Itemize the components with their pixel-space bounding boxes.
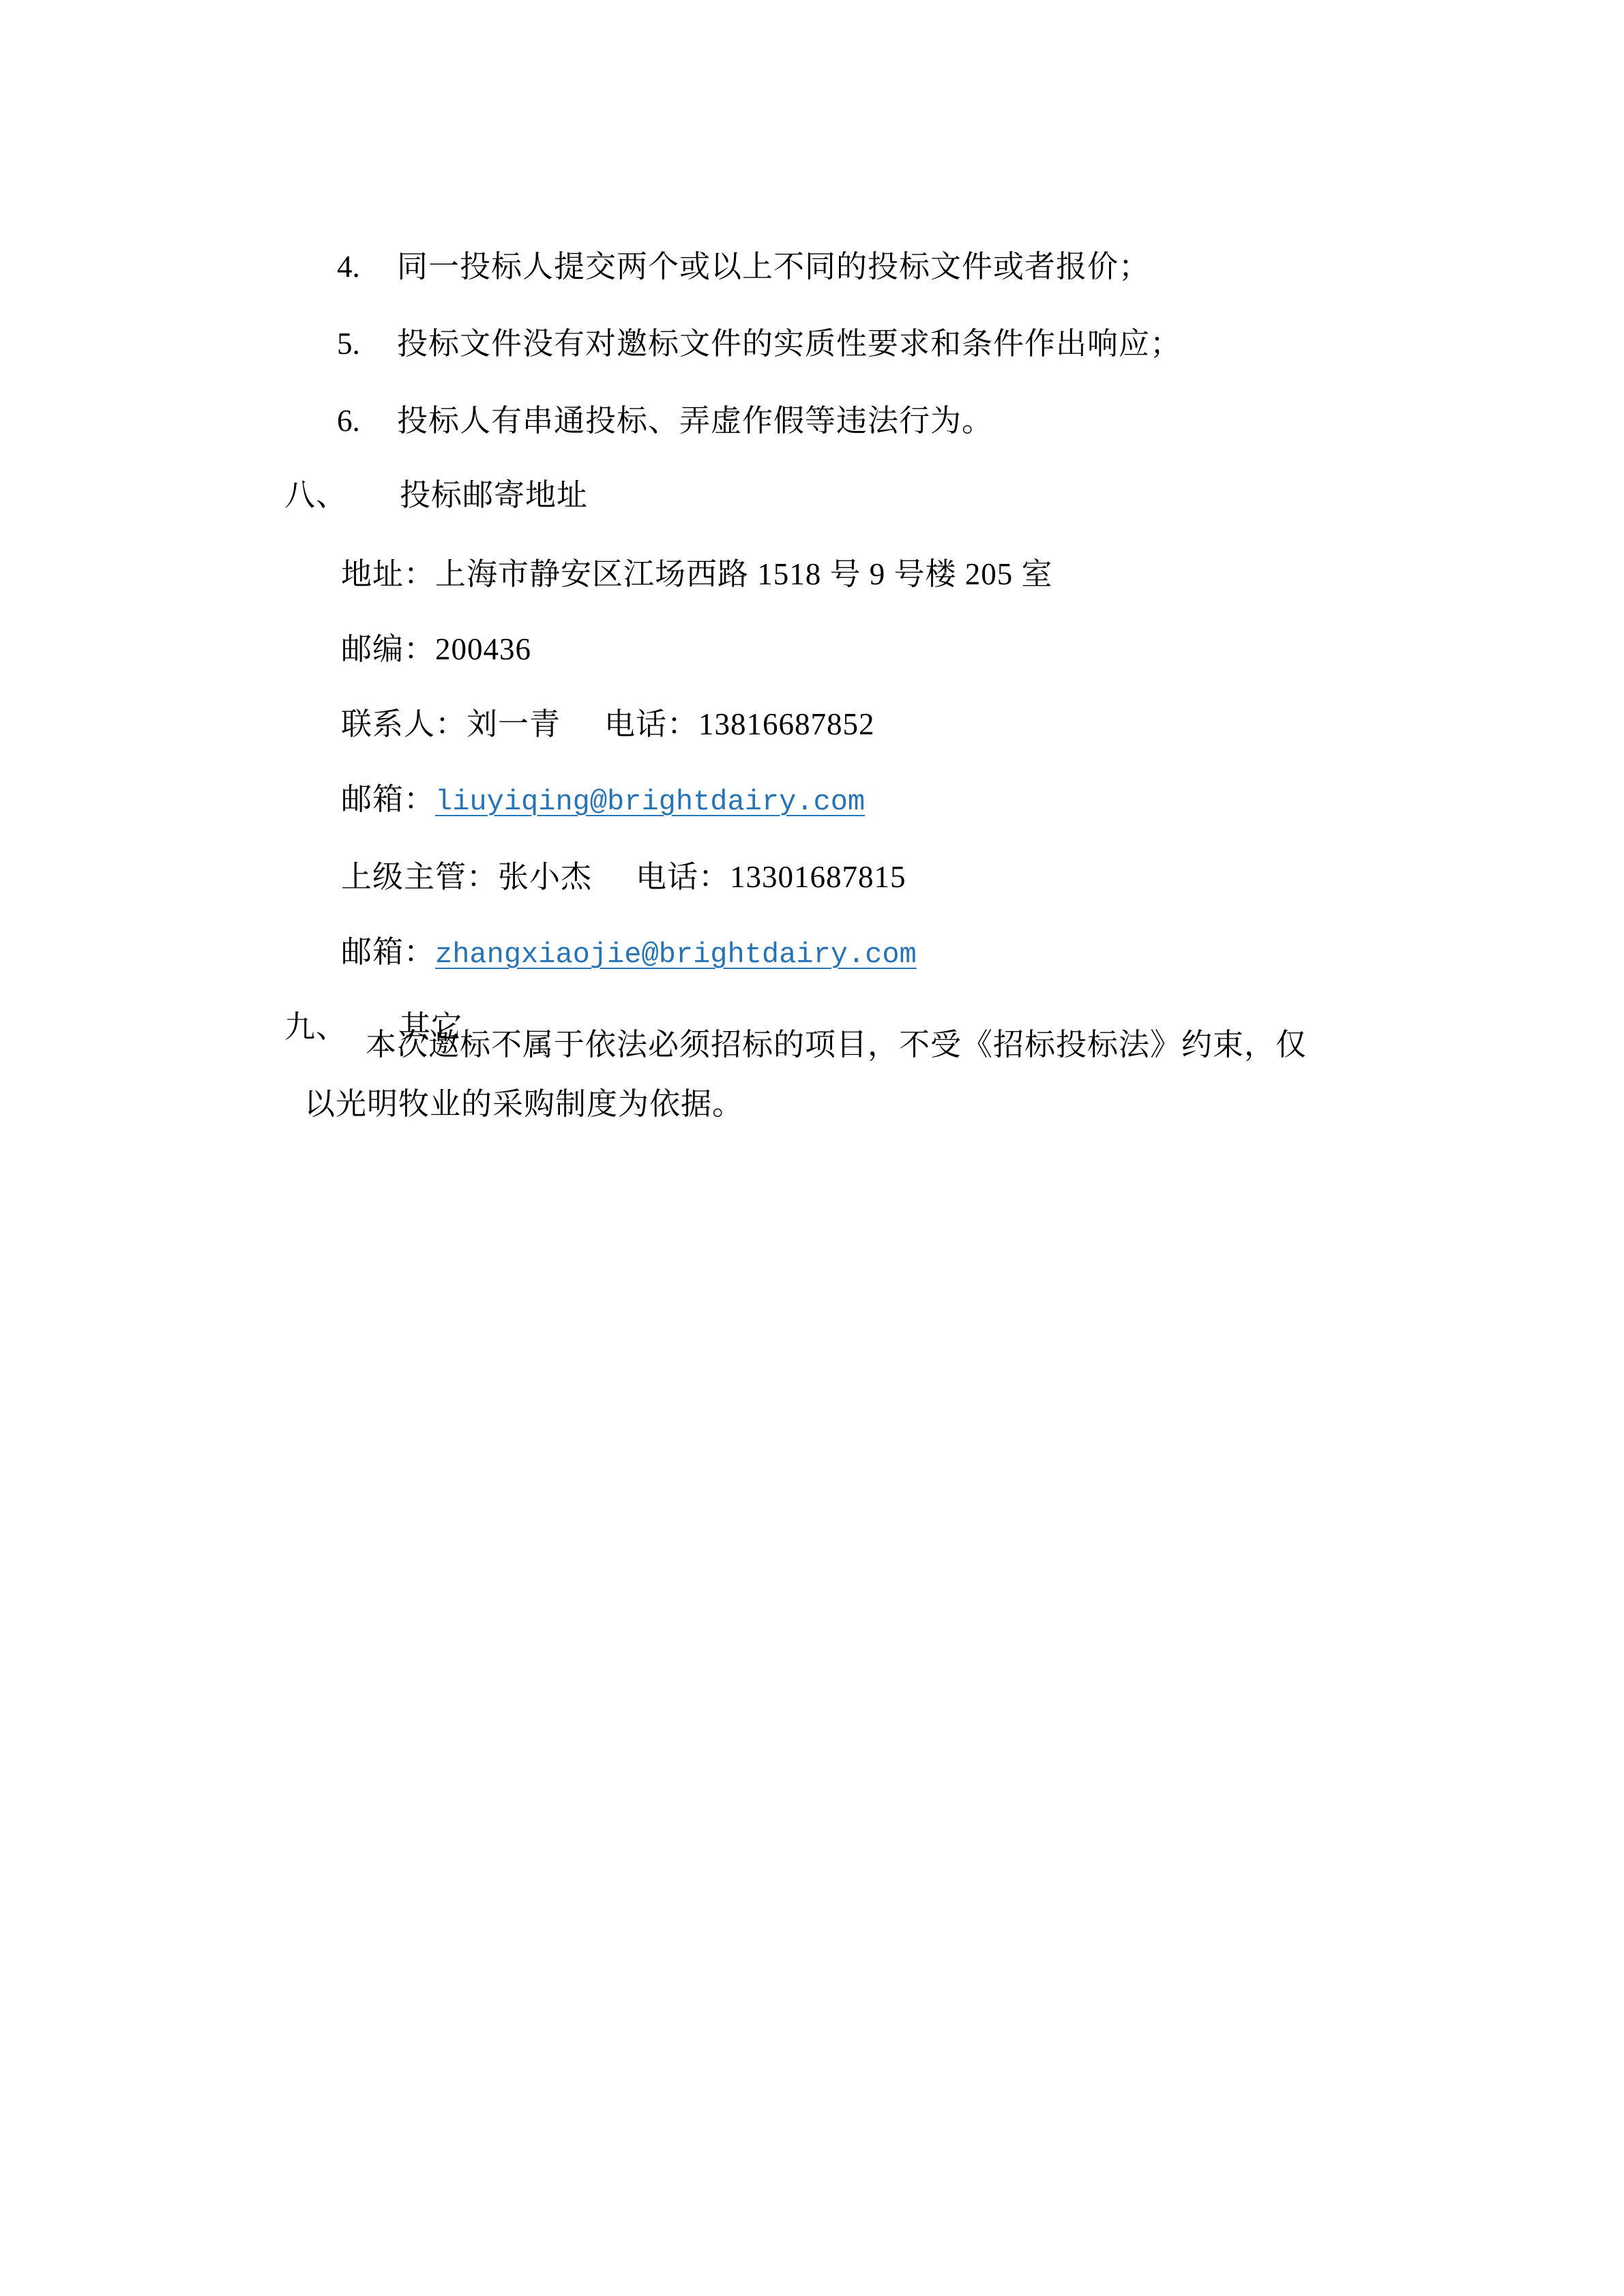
contact-name: 刘一青 <box>467 707 561 741</box>
document-page: 4.同一投标人提交两个或以上不同的投标文件或者报价； 5.投标文件没有对邀标文件… <box>0 0 1624 2296</box>
list-item-6-text: 投标人有串通投标、弄虚作假等违法行为。 <box>397 404 993 438</box>
contact-phone: 13816687852 <box>698 707 875 741</box>
contact-phone-label: 电话： <box>604 707 698 741</box>
supervisor-label: 上级主管： <box>341 860 498 894</box>
email-2-link[interactable]: zhangxiaojie@brightdairy.com <box>435 938 917 971</box>
section-8-number: 八、 <box>284 478 400 513</box>
email-1-label: 邮箱： <box>341 782 435 816</box>
list-item-5-text: 投标文件没有对邀标文件的实质性要求和条件作出响应； <box>397 327 1181 361</box>
closing-paragraph: 本次邀标不属于依法必须招标的项目，不受《招标投标法》约束，仅以光明牧业的采购制度… <box>304 1015 1338 1134</box>
list-item-4-text: 同一投标人提交两个或以上不同的投标文件或者报价； <box>397 250 1150 284</box>
supervisor-name: 张小杰 <box>498 860 592 894</box>
address-value: 上海市静安区江场西路 1518 号 9 号楼 205 室 <box>435 557 1053 591</box>
postcode-label: 邮编： <box>341 632 435 666</box>
supervisor-phone: 13301687815 <box>730 860 906 894</box>
email-1-link[interactable]: liuyiqing@brightdairy.com <box>435 786 865 818</box>
section-8-title: 投标邮寄地址 <box>400 478 588 512</box>
list-item-4-number: 4. <box>337 250 397 285</box>
list-item-5-number: 5. <box>337 327 397 362</box>
contact-label: 联系人： <box>341 707 467 741</box>
list-item-6-number: 6. <box>337 404 397 439</box>
postcode-value: 200436 <box>435 632 531 666</box>
email-2-label: 邮箱： <box>341 935 435 969</box>
supervisor-phone-label: 电话： <box>636 860 730 894</box>
address-label: 地址： <box>341 557 435 591</box>
